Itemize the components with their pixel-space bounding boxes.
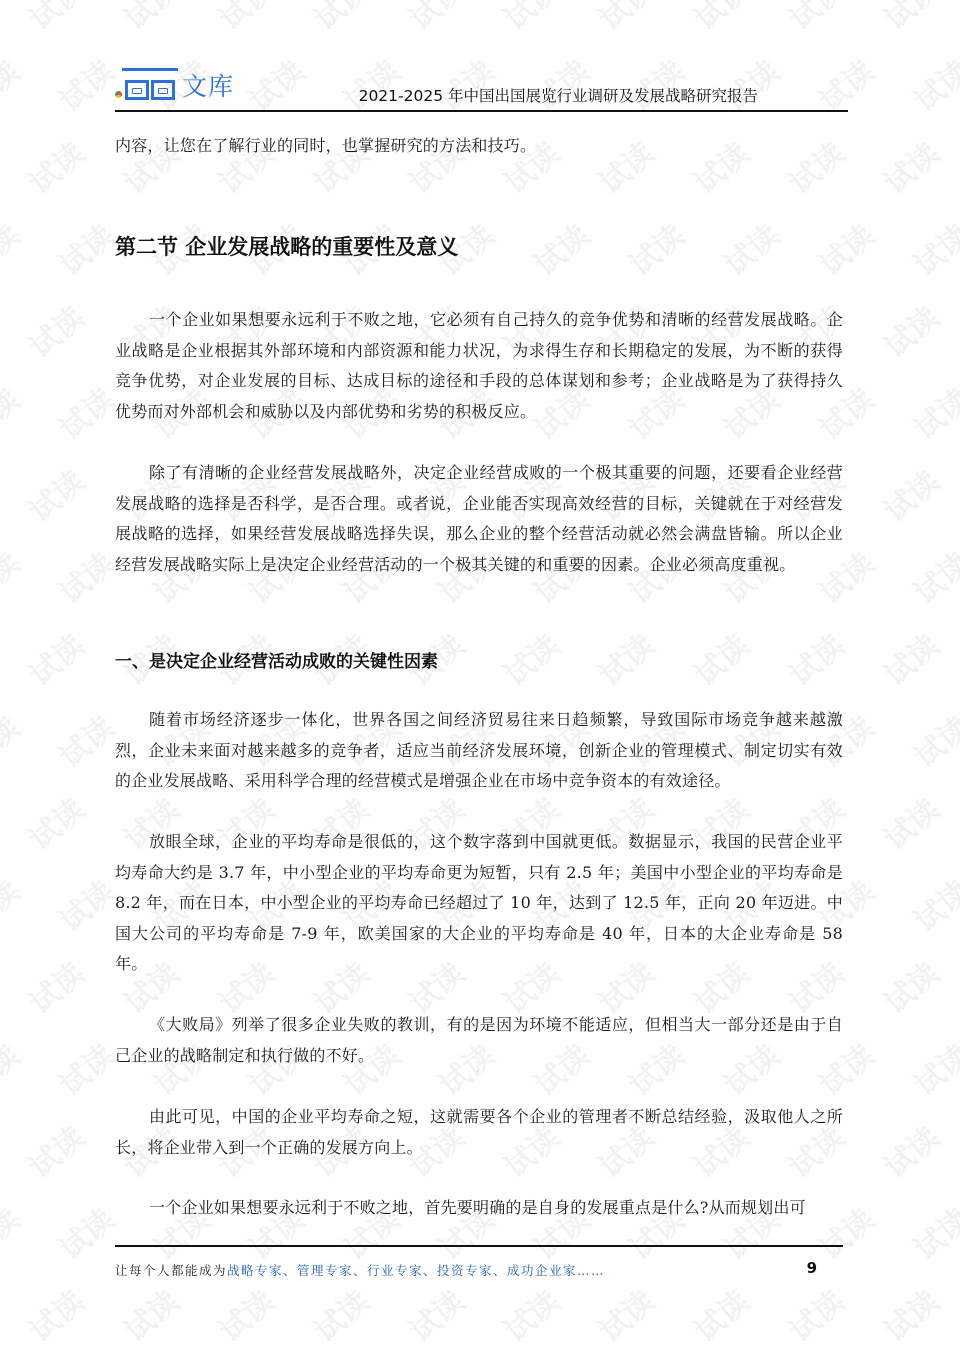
footer-slogan: 让每个人都能成为战略专家、管理专家、行业专家、投资专家、成功企业家…… [115,1261,605,1279]
paragraph: 放眼全球，企业的平均寿命是很低的，这个数字落到中国就更低。数据显示，我国的民营企… [115,827,843,980]
report-title: 2021-2025 年中国出国展览行业调研及发展战略研究报告 [359,84,758,106]
paragraph: 《大败局》列举了很多企业失败的教训，有的是因为环境不能适应，但相当大一部分还是由… [115,1010,843,1071]
logo-bar [122,68,178,71]
paragraph: 由此可见，中国的企业平均寿命之短，这就需要各个企业的管理者不断总结经验，汲取他人… [115,1102,843,1163]
document-page: 文库 2021-2025 年中国出国展览行业调研及发展战略研究报告 内容，让您在… [0,0,960,1357]
paragraph: 一个企业如果想要永远利于不败之地，首先要明确的是自身的发展重点是什么?从而规划出… [115,1193,843,1224]
slogan-accent: 战略专家、管理专家、行业专家、投资专家、成功企业家…… [227,1263,605,1278]
intro-line: 内容，让您在了解行业的同时，也掌握研究的方法和技巧。 [115,131,843,162]
paragraph: 一个企业如果想要永远利于不败之地，它必须有自己持久的竞争优势和清晰的经营发展战略… [115,305,843,427]
paragraph: 随着市场经济逐步一体化，世界各国之间经济贸易往来日趋频繁，导致国际市场竞争越来越… [115,705,843,797]
sub-heading: 一、是决定企业经营活动成败的关键性因素 [115,647,438,672]
page-number: 9 [807,1259,817,1277]
paragraph: 除了有清晰的企业经营发展战略外，决定企业经营成败的一个极其重要的问题，还要看企业… [115,458,843,580]
doc-library-logo[interactable]: 文库 [115,70,234,104]
logo-text: 文库 [182,74,234,100]
logo-box [151,80,175,100]
page-header: 文库 2021-2025 年中国出国展览行业调研及发展战略研究报告 [115,70,848,112]
section-heading: 第二节 企业发展战略的重要性及意义 [115,231,458,261]
page-footer: 让每个人都能成为战略专家、管理专家、行业专家、投资专家、成功企业家…… 9 [115,1245,843,1287]
logo-dot-icon [115,91,122,98]
slogan-prefix: 让每个人都能成为 [115,1263,227,1278]
logo-box [125,80,149,100]
doc-library-logo-icon [125,74,177,100]
